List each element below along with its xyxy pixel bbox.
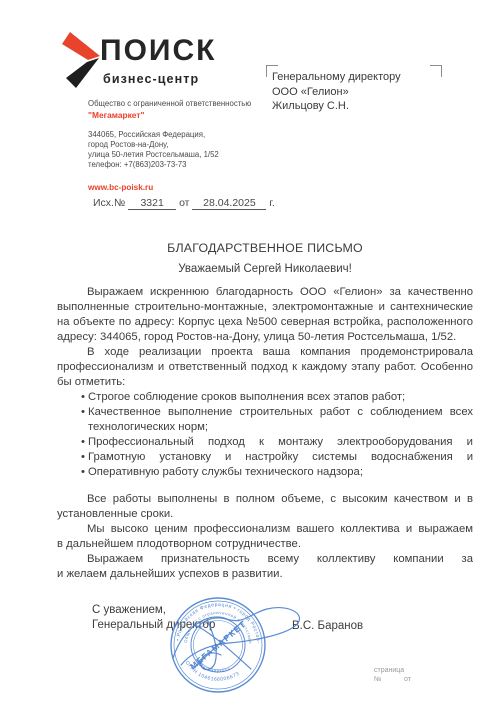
bullet-line: Грамотную установку и настройку системы … <box>88 450 473 465</box>
address-line: город Ростов-на-Дону, <box>88 140 251 150</box>
bullet-item: Оперативную работу службы технического н… <box>57 465 473 480</box>
address-line: улица 50-летия Ростсельмаша, 1/52 <box>88 150 251 160</box>
page-footer: страница № от <box>374 666 411 684</box>
letter-page: ПОИСК бизнес-центр Общество с ограниченн… <box>0 0 500 708</box>
bullet-line: Оперативную работу службы технического н… <box>88 465 473 480</box>
body-line: и желаем дальнейших успехов в развитии. <box>57 567 473 582</box>
recipient-line: ООО «Гелион» <box>272 85 401 100</box>
body-line: адресу: 344065, город Ростов-на-Дону, ул… <box>57 330 473 345</box>
body-line: профессионализм и ответственный подход к… <box>57 360 473 375</box>
bullet-line: Профессиональный подход к монтажу электр… <box>88 435 473 450</box>
paragraph-spacer <box>57 480 473 492</box>
body-line: Выражаем искреннюю благодарность ООО «Ге… <box>57 285 473 300</box>
outgoing-number: 3321 <box>128 197 176 210</box>
text-frame-corner-right <box>430 65 442 77</box>
body-line: на объекте по адресу: Корпус цеха №500 с… <box>57 315 473 330</box>
company-stamp: • Российская Федерация • город Ростов-на… <box>155 583 315 708</box>
org-name: "Мегамаркет" <box>88 110 251 120</box>
bullet-item: Грамотную установку и настройку системы … <box>57 450 473 465</box>
footer-from-label: от <box>404 675 411 684</box>
body-line: установленные сроки. <box>57 507 473 522</box>
body-line: Мы высоко ценим профессионализм вашего к… <box>57 522 473 537</box>
bullet-line: Качественное выполнение строительных раб… <box>88 405 473 420</box>
bullet-item: Строгое соблюдение сроков выполнения все… <box>57 390 473 405</box>
brand-subtitle: бизнес-центр <box>103 72 199 86</box>
recipient-block: Генеральному директору ООО «Гелион» Жиль… <box>272 70 401 114</box>
brand-name: ПОИСК <box>100 34 216 68</box>
footer-page-label: страница <box>374 666 411 675</box>
bullet-item: Профессиональный подход к монтажу электр… <box>57 435 473 450</box>
bullet-line: Строгое соблюдение сроков выполнения все… <box>88 390 473 405</box>
outgoing-year-suffix: г. <box>269 197 274 209</box>
company-address: 344065, Российская Федерация, город Рост… <box>88 130 251 171</box>
letter-body: Выражаем искреннюю благодарность ООО «Ге… <box>57 285 473 582</box>
outgoing-label: Исх.№ <box>93 197 125 209</box>
address-line: телефон: +7(863)203-73-73 <box>88 160 251 170</box>
outgoing-from-label: от <box>179 197 189 209</box>
body-line: В ходе реализации проекта ваша компания … <box>57 345 473 360</box>
address-line: 344065, Российская Федерация, <box>88 130 251 140</box>
recipient-line: Генеральному директору <box>272 70 401 85</box>
body-line: Все работы выполнены в полном объеме, с … <box>57 492 473 507</box>
website-link: www.bc-poisk.ru <box>88 183 251 193</box>
poisk-logo-icon <box>62 32 102 90</box>
letter-greeting: Уважаемый Сергей Николаевич! <box>57 263 473 275</box>
bullet-item: Качественное выполнение строительных раб… <box>57 405 473 435</box>
recipient-line: Жильцову С.Н. <box>272 99 401 114</box>
footer-page-fields: № от <box>374 675 411 684</box>
bullet-line: технологических норм; <box>88 420 473 435</box>
body-line: бы отметить: <box>57 375 473 390</box>
body-line: Выражаем признательность всему коллектив… <box>57 552 473 567</box>
outgoing-date: 28.04.2025 <box>192 197 266 210</box>
outgoing-number-line: Исх.№ 3321 от 28.04.2025 г. <box>93 197 275 210</box>
footer-number-label: № <box>374 675 402 684</box>
body-line: в дальнейшем плодотворном сотрудничестве… <box>57 537 473 552</box>
body-line: выполненные строительно-монтажные, элект… <box>57 300 473 315</box>
org-legal-form: Общество с ограниченной ответственностью <box>88 99 251 109</box>
company-info-block: Общество с ограниченной ответственностью… <box>88 99 251 193</box>
letter-title: БЛАГОДАРСТВЕННОЕ ПИСЬМО <box>57 241 473 255</box>
